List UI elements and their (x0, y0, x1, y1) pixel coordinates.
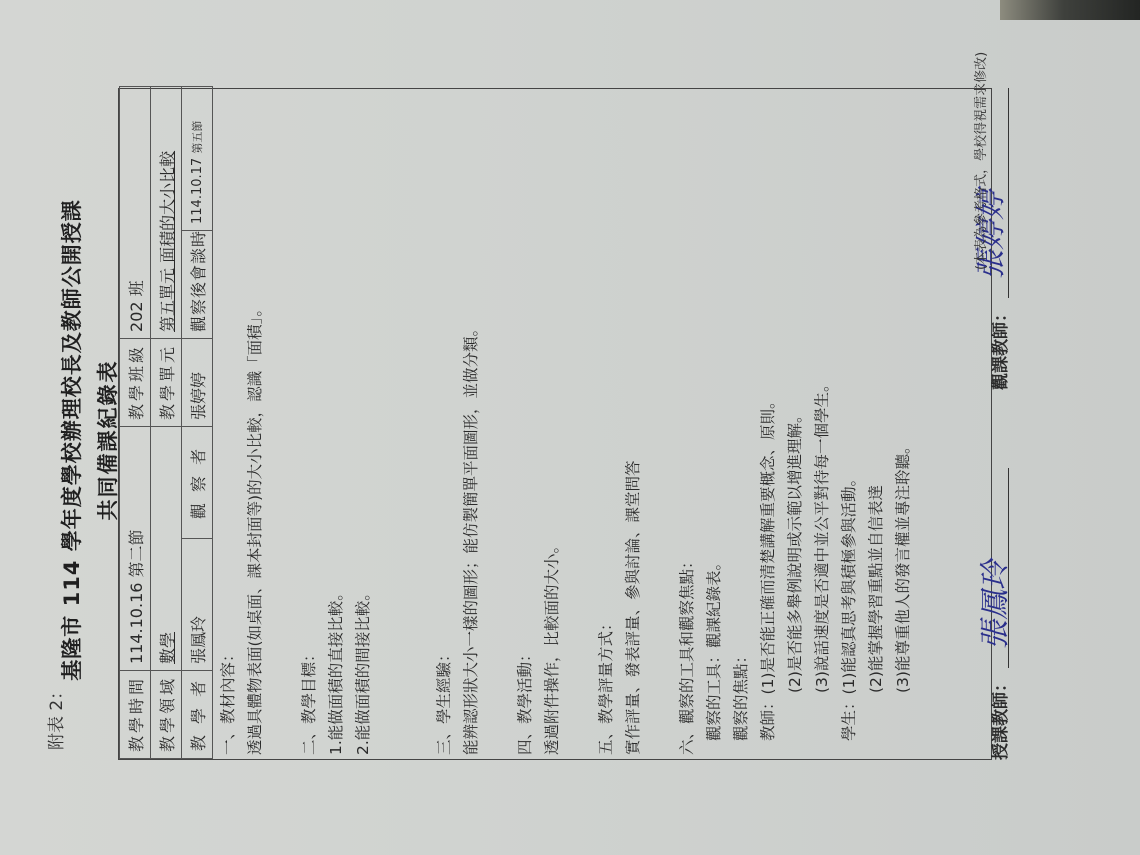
form-note: (本表為參考格式，學校得視需求修改) (970, 52, 989, 270)
section-6-title: 六、觀察的工具和觀察焦點： (674, 93, 701, 755)
observation-form: 附表 2： 基隆市 114 學年度學校辦理校長及教師公開授課 共同備課紀錄表 教… (0, 90, 1000, 790)
table-row: 教 學 者 張鳳玲 觀 察 者 張婷婷 觀察後會談時間 114.10.17 第五… (182, 86, 213, 758)
teacher-label: 教 學 者 (182, 671, 213, 759)
section-1-title: 一、教材內容： (215, 93, 242, 755)
section-2-title: 二、教學目標： (296, 93, 323, 755)
student-focus-item: (2)能掌握學習重點並自信表達 (863, 93, 890, 755)
table-row: 教學領域 數學 教學單元 第五單元 面積的大小比較 (151, 86, 182, 758)
observer-label: 觀 察 者 (182, 426, 213, 538)
debrief-time-value: 114.10.17 (190, 158, 205, 224)
form-title: 基隆市 114 學年度學校辦理校長及教師公開授課 (56, 90, 86, 790)
student-focus-item: (1)能認真思考與積極參與活動。 (840, 471, 858, 694)
section-1-text: 透過具體物表面(如桌面、課本封面等)的大小比較，認識「面積」。 (242, 93, 269, 755)
observer-value: 張婷婷 (182, 338, 213, 426)
teacher-focus-item: (2)是否能多舉例說明或示範以增進理解。 (782, 93, 809, 755)
teacher-focus-item: (3)說話速度是否適中並公平對待每一個學生。 (809, 93, 836, 755)
debrief-time-label: 觀察後會談時間 (182, 230, 213, 338)
section-5-title: 五、教學評量方式： (593, 93, 620, 755)
domain-label: 教學領域 (151, 671, 182, 759)
section-4-title: 四、教學活動： (512, 93, 539, 755)
unit-value: 第五單元 面積的大小比較 (158, 151, 177, 332)
unit-label: 教學單元 (151, 338, 182, 426)
section-6-focus-label: 觀察的焦點： (728, 93, 755, 755)
section-2-item: 1.能做面積的直接比較。 (323, 93, 350, 755)
section-2-item: 2.能做面積的間接比較。 (350, 93, 377, 755)
domain-value: 數學 (158, 632, 177, 664)
section-3-title: 三、學生經驗： (431, 93, 458, 755)
section-5-text: 實作評量、發表評量、參與討論、課堂問答 (620, 93, 647, 755)
teaching-teacher-label: 授課教師： (986, 675, 1011, 760)
table-row: 教學時間 114.10.16 第二節 教學班級 202 班 (120, 86, 151, 758)
info-table: 教學時間 114.10.16 第二節 教學班級 202 班 教學領域 數學 教學… (119, 86, 213, 759)
section-6-tool: 觀察的工具：觀課紀錄表。 (701, 93, 728, 755)
background-edge (1000, 0, 1140, 20)
section-3-text: 能辨認形狀大小一樣的圖形；能仿製簡單平面圖形，並做分類。 (458, 93, 485, 755)
form-body: 一、教材內容： 透過具體物表面(如桌面、課本封面等)的大小比較，認識「面積」。 … (213, 89, 919, 759)
debrief-period: 第五節 (191, 121, 204, 154)
student-focus-item: (3)能尊重他人的發言權並專注聆聽。 (890, 93, 917, 755)
section-4-text: 透過附件操作，比較面的大小。 (539, 93, 566, 755)
teacher-focus-item: (1)是否能正確而清楚講解重要概念、原則。 (759, 394, 777, 695)
form-sheet: 教學時間 114.10.16 第二節 教學班級 202 班 教學領域 數學 教學… (118, 88, 992, 760)
teaching-time-label: 教學時間 (120, 671, 151, 759)
teaching-teacher-signature: 張鳳玲 (970, 560, 1014, 650)
class-value: 202 班 (120, 86, 151, 338)
teacher-focus-prefix: 教師： (759, 694, 777, 741)
class-label: 教學班級 (120, 338, 151, 426)
observing-teacher-label: 觀課教師： (986, 305, 1011, 390)
student-focus-prefix: 學生： (840, 694, 858, 741)
teacher-value: 張鳳玲 (182, 539, 213, 671)
teaching-time-value: 114.10.16 第二節 (120, 426, 151, 670)
